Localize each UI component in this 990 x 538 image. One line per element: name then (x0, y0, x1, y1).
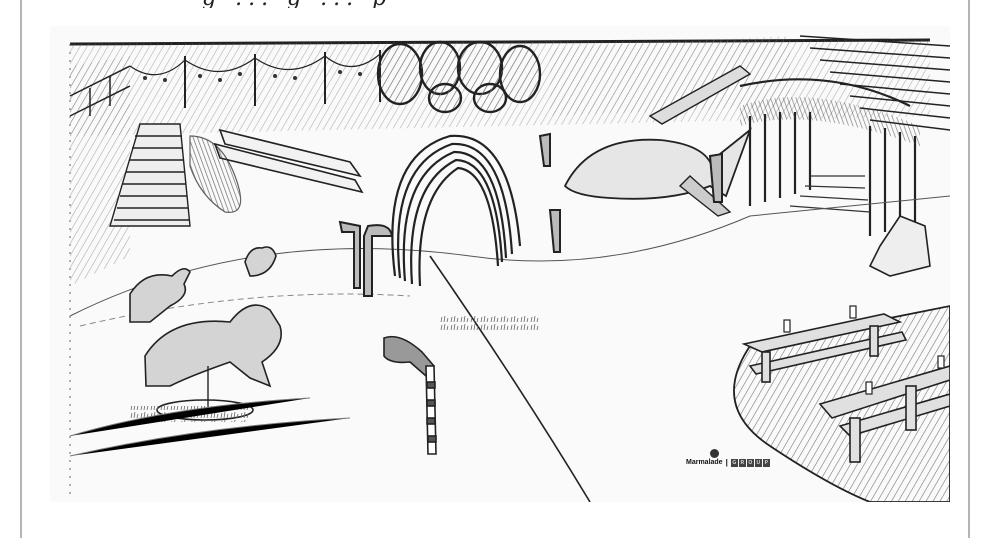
marmalade-flower-icon (710, 449, 719, 458)
logo-letter: U (755, 459, 762, 467)
logo-letter: P (763, 459, 770, 467)
logo-letter: O (747, 459, 754, 467)
logo-group-letters: G R O U P (731, 459, 770, 467)
logo-letter: R (739, 459, 746, 467)
logo-name: Marmalade (686, 458, 723, 467)
handwritten-caption: g ... g ... p (202, 0, 802, 8)
marmalade-group-logo: Marmalade | G R O U P (686, 458, 770, 467)
document-page: g ... g ... p (20, 0, 970, 538)
logo-separator: | (726, 458, 728, 467)
playground-sketch-illustration (50, 26, 950, 502)
logo-letter: G (731, 459, 738, 467)
